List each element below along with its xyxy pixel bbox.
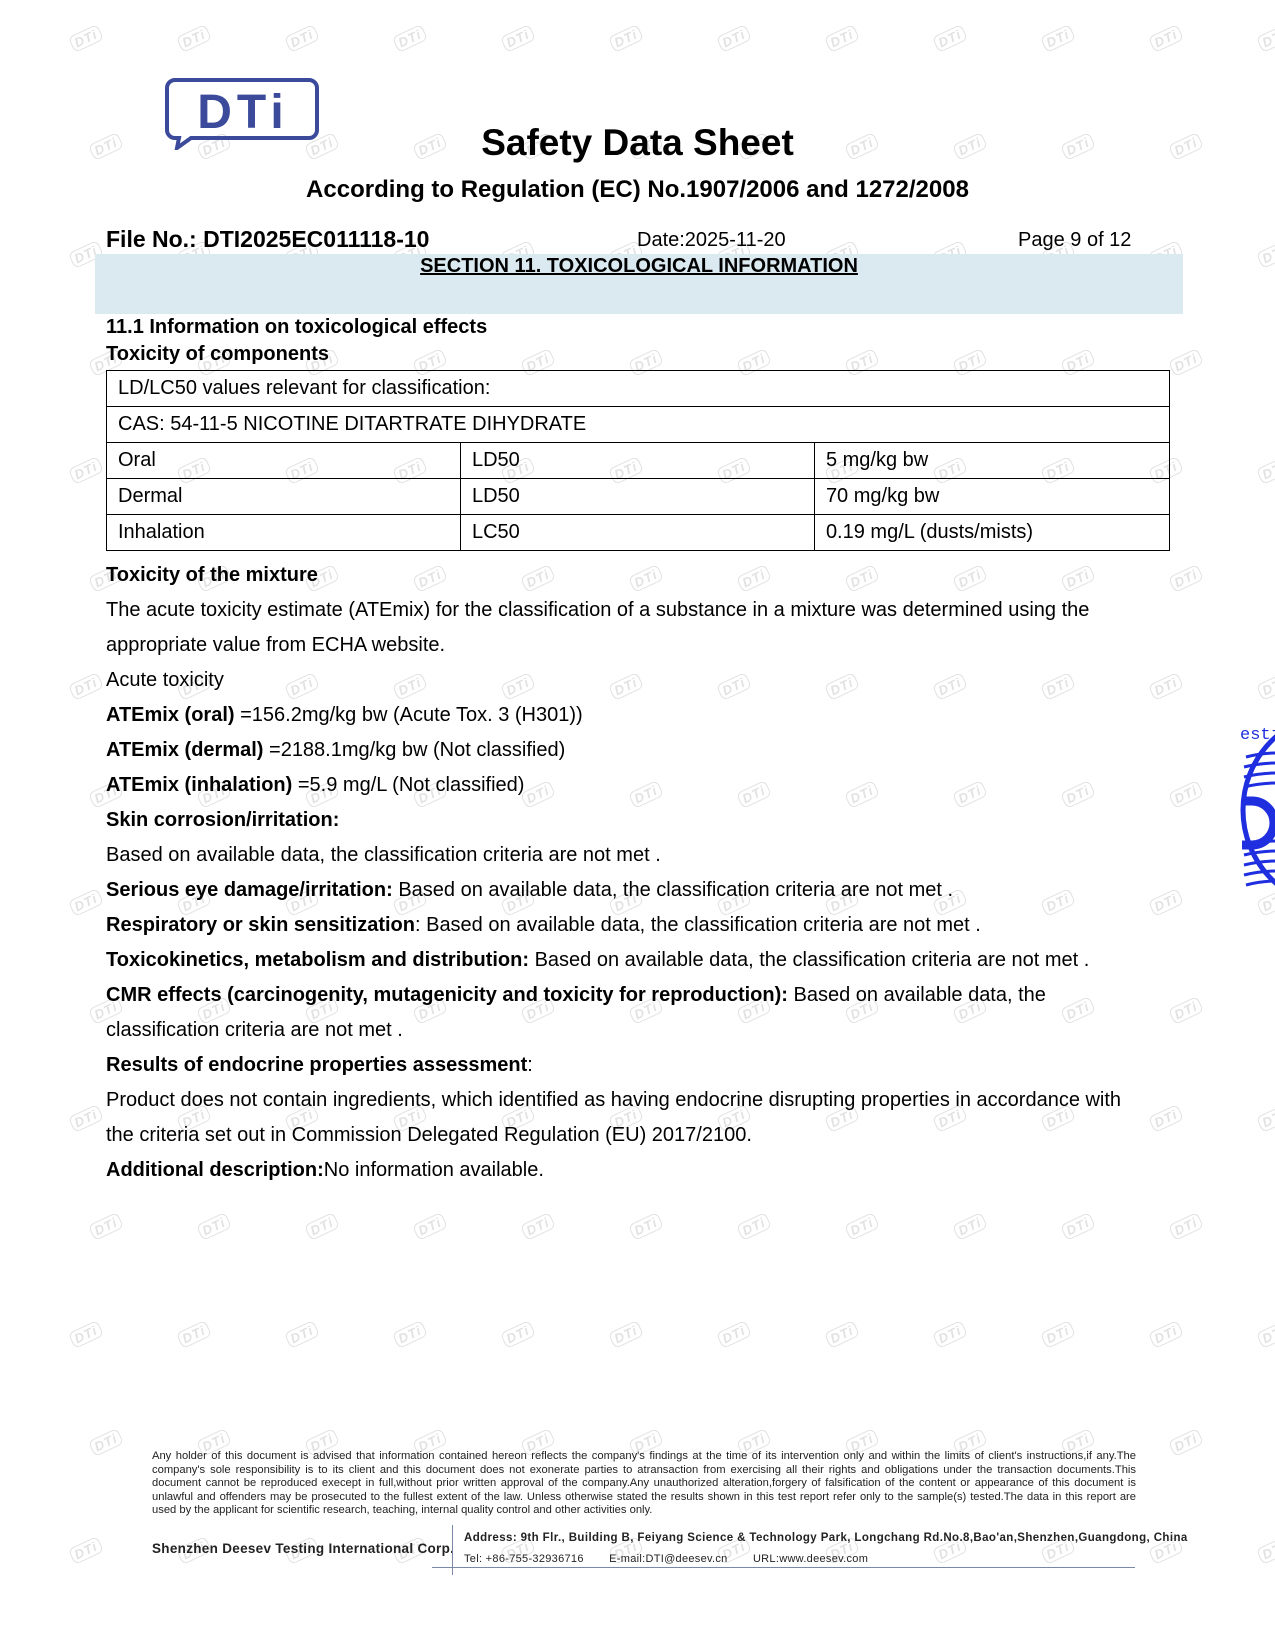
watermark-icon: DTi xyxy=(1168,1428,1204,1457)
watermark-icon: DTi xyxy=(1256,24,1275,53)
eye-text: Based on available data, the classificat… xyxy=(393,879,953,901)
watermark-icon: DTi xyxy=(716,672,752,701)
watermark-icon: DTi xyxy=(392,672,428,701)
skin-heading: Skin corrosion/irritation: xyxy=(106,809,339,832)
document-title: Safety Data Sheet xyxy=(0,122,1275,164)
colon: : xyxy=(527,1054,533,1076)
cmr-text-cont: classification criteria are not met . xyxy=(106,1019,403,1042)
watermark-icon: DTi xyxy=(520,1212,556,1241)
watermark-icon: DTi xyxy=(824,672,860,701)
watermark-icon: DTi xyxy=(68,888,104,917)
watermark-icon: DTi xyxy=(500,24,536,53)
table-row: Oral LD50 5 mg/kg bw xyxy=(107,443,1170,479)
watermark-icon: DTi xyxy=(284,672,320,701)
watermark-icon: DTi xyxy=(628,780,664,809)
table-row: CAS: 54-11-5 NICOTINE DITARTRATE DIHYDRA… xyxy=(107,407,1170,443)
eye-damage: Serious eye damage/irritation: Based on … xyxy=(106,879,953,902)
watermark-icon: DTi xyxy=(608,672,644,701)
watermark-icon: DTi xyxy=(952,564,988,593)
watermark-icon: DTi xyxy=(1168,1212,1204,1241)
route-cell: Dermal xyxy=(107,479,461,515)
watermark-icon: DTi xyxy=(1256,456,1275,485)
type-cell: LC50 xyxy=(460,515,814,551)
watermark-icon: DTi xyxy=(628,564,664,593)
subsection-heading: 11.1 Information on toxicological effect… xyxy=(106,316,487,339)
watermark-icon: DTi xyxy=(68,1104,104,1133)
regulation-subtitle: According to Regulation (EC) No.1907/200… xyxy=(0,176,1275,204)
additional-text: No information available. xyxy=(324,1159,544,1181)
watermark-icon: DTi xyxy=(1256,1320,1275,1349)
watermark-icon: DTi xyxy=(1040,672,1076,701)
watermark-icon: DTi xyxy=(88,1212,124,1241)
watermark-icon: DTi xyxy=(736,1212,772,1241)
watermark-icon: DTi xyxy=(284,24,320,53)
company-contact: Tel: +86-755-32936716 E-mail:DTI@deesev.… xyxy=(464,1553,890,1565)
atemix-value: =156.2mg/kg bw (Acute Tox. 3 (H301)) xyxy=(235,704,583,726)
skin-text: Based on available data, the classificat… xyxy=(106,844,661,867)
value-cell: 70 mg/kg bw xyxy=(814,479,1169,515)
watermark-icon: DTi xyxy=(932,1320,968,1349)
watermark-icon: DTi xyxy=(284,1320,320,1349)
additional-description: Additional description:No information av… xyxy=(106,1159,544,1182)
watermark-icon: DTi xyxy=(844,780,880,809)
watermark-icon: DTi xyxy=(412,1212,448,1241)
watermark-icon: DTi xyxy=(1168,996,1204,1025)
watermark-icon: DTi xyxy=(1168,564,1204,593)
watermark-icon: DTi xyxy=(392,1320,428,1349)
watermark-icon: DTi xyxy=(1256,672,1275,701)
watermark-icon: DTi xyxy=(824,1320,860,1349)
table-row: Dermal LD50 70 mg/kg bw xyxy=(107,479,1170,515)
watermark-icon: DTi xyxy=(68,24,104,53)
watermark-icon: DTi xyxy=(1168,780,1204,809)
watermark-icon: DTi xyxy=(1148,24,1184,53)
mixture-heading: Toxicity of the mixture xyxy=(106,564,318,587)
watermark-icon: DTi xyxy=(196,1212,232,1241)
eye-label: Serious eye damage/irritation: xyxy=(106,879,393,901)
toxicity-table: LD/LC50 values relevant for classificati… xyxy=(106,370,1170,551)
endocrine-text: the criteria set out in Commission Deleg… xyxy=(106,1124,752,1147)
components-heading: Toxicity of components xyxy=(106,343,329,366)
watermark-icon: DTi xyxy=(608,24,644,53)
watermark-icon: DTi xyxy=(736,780,772,809)
watermark-icon: DTi xyxy=(68,1320,104,1349)
watermark-icon: DTi xyxy=(1060,780,1096,809)
resp-label: Respiratory or skin sensitization xyxy=(106,914,415,936)
watermark-icon: DTi xyxy=(844,1212,880,1241)
company-address: Address: 9th Flr., Building B, Feiyang S… xyxy=(464,1532,1188,1544)
watermark-icon: DTi xyxy=(1148,1320,1184,1349)
telephone: Tel: +86-755-32936716 xyxy=(464,1553,584,1565)
route-cell: Inhalation xyxy=(107,515,461,551)
watermark-icon: DTi xyxy=(520,564,556,593)
watermark-icon: DTi xyxy=(952,780,988,809)
additional-label: Additional description: xyxy=(106,1159,324,1181)
atemix-dermal: ATEmix (dermal) =2188.1mg/kg bw (Not cla… xyxy=(106,739,565,762)
watermark-icon: DTi xyxy=(1256,1104,1275,1133)
watermark-icon: DTi xyxy=(608,1320,644,1349)
toxico-label: Toxicokinetics, metabolism and distribut… xyxy=(106,949,529,971)
value-cell: 0.19 mg/L (dusts/mists) xyxy=(814,515,1169,551)
atemix-inhalation: ATEmix (inhalation) =5.9 mg/L (Not class… xyxy=(106,774,524,797)
toxicokinetics: Toxicokinetics, metabolism and distribut… xyxy=(106,949,1089,972)
watermark-icon: DTi xyxy=(1040,24,1076,53)
watermark-icon: DTi xyxy=(68,672,104,701)
footer-disclaimer: Any holder of this document is advised t… xyxy=(152,1450,1136,1518)
watermark-icon: DTi xyxy=(1040,888,1076,917)
watermark-icon: DTi xyxy=(716,1320,752,1349)
cmr-effects: CMR effects (carcinogenity, mutagenicity… xyxy=(106,984,1046,1007)
type-cell: LD50 xyxy=(460,479,814,515)
watermark-icon: DTi xyxy=(932,24,968,53)
watermark-icon: DTi xyxy=(1148,1104,1184,1133)
watermark-icon: DTi xyxy=(304,1212,340,1241)
endocrine-heading: Results of endocrine properties assessme… xyxy=(106,1054,533,1077)
endocrine-label: Results of endocrine properties assessme… xyxy=(106,1054,527,1076)
cmr-label: CMR effects (carcinogenity, mutagenicity… xyxy=(106,984,788,1006)
svg-text:esti: esti xyxy=(1240,726,1275,745)
type-cell: LD50 xyxy=(460,443,814,479)
mixture-text: The acute toxicity estimate (ATEmix) for… xyxy=(106,599,1089,622)
watermark-icon: DTi xyxy=(1256,1536,1275,1565)
watermark-icon: DTi xyxy=(1256,240,1275,269)
table-caption-cell: LD/LC50 values relevant for classificati… xyxy=(107,371,1170,407)
resp-text: : Based on available data, the classific… xyxy=(415,914,981,936)
atemix-label: ATEmix (inhalation) xyxy=(106,774,292,796)
watermark-icon: DTi xyxy=(68,456,104,485)
website-link[interactable]: URL:www.deesev.com xyxy=(753,1553,868,1565)
endocrine-text: Product does not contain ingredients, wh… xyxy=(106,1089,1121,1112)
company-seal-icon: esti xyxy=(1236,705,1275,915)
watermark-icon: DTi xyxy=(1060,564,1096,593)
company-name: Shenzhen Deesev Testing International Co… xyxy=(152,1541,454,1556)
table-row: LD/LC50 values relevant for classificati… xyxy=(107,371,1170,407)
watermark-icon: DTi xyxy=(412,564,448,593)
acute-toxicity-label: Acute toxicity xyxy=(106,669,224,692)
watermark-icon: DTi xyxy=(500,672,536,701)
page-number: Page 9 of 12 xyxy=(1018,229,1131,252)
atemix-value: =5.9 mg/L (Not classified) xyxy=(292,774,524,796)
watermark-icon: DTi xyxy=(176,1320,212,1349)
watermark-icon: DTi xyxy=(932,672,968,701)
watermark-icon: DTi xyxy=(500,1320,536,1349)
watermark-icon: DTi xyxy=(176,24,212,53)
footer-divider-horizontal xyxy=(432,1567,1135,1568)
atemix-label: ATEmix (oral) xyxy=(106,704,235,726)
file-number: File No.: DTI2025EC011118-10 xyxy=(106,226,429,253)
value-cell: 5 mg/kg bw xyxy=(814,443,1169,479)
atemix-label: ATEmix (dermal) xyxy=(106,739,263,761)
table-substance-cell: CAS: 54-11-5 NICOTINE DITARTRATE DIHYDRA… xyxy=(107,407,1170,443)
email-link[interactable]: E-mail:DTI@deesev.cn xyxy=(609,1553,727,1565)
sensitization: Respiratory or skin sensitization: Based… xyxy=(106,914,981,937)
watermark-icon: DTi xyxy=(1148,672,1184,701)
route-cell: Oral xyxy=(107,443,461,479)
section-title: SECTION 11. TOXICOLOGICAL INFORMATION xyxy=(95,255,1183,278)
watermark-icon: DTi xyxy=(844,564,880,593)
watermark-icon: DTi xyxy=(952,1212,988,1241)
cmr-text: Based on available data, the xyxy=(788,984,1046,1006)
watermark-icon: DTi xyxy=(1060,1212,1096,1241)
watermark-icon: DTi xyxy=(736,564,772,593)
toxico-text: Based on available data, the classificat… xyxy=(529,949,1089,971)
watermark-icon: DTi xyxy=(68,1536,104,1565)
watermark-icon: DTi xyxy=(1060,996,1096,1025)
mixture-text: appropriate value from ECHA website. xyxy=(106,634,445,657)
document-date: Date:2025-11-20 xyxy=(637,229,786,252)
watermark-icon: DTi xyxy=(88,1428,124,1457)
watermark-icon: DTi xyxy=(520,780,556,809)
watermark-icon: DTi xyxy=(824,24,860,53)
watermark-icon: DTi xyxy=(716,24,752,53)
watermark-icon: DTi xyxy=(628,1212,664,1241)
atemix-value: =2188.1mg/kg bw (Not classified) xyxy=(263,739,565,761)
watermark-icon: DTi xyxy=(1040,1320,1076,1349)
atemix-oral: ATEmix (oral) =156.2mg/kg bw (Acute Tox.… xyxy=(106,704,583,727)
table-row: Inhalation LC50 0.19 mg/L (dusts/mists) xyxy=(107,515,1170,551)
watermark-icon: DTi xyxy=(1168,348,1204,377)
watermark-icon: DTi xyxy=(1148,888,1184,917)
watermark-icon: DTi xyxy=(392,24,428,53)
